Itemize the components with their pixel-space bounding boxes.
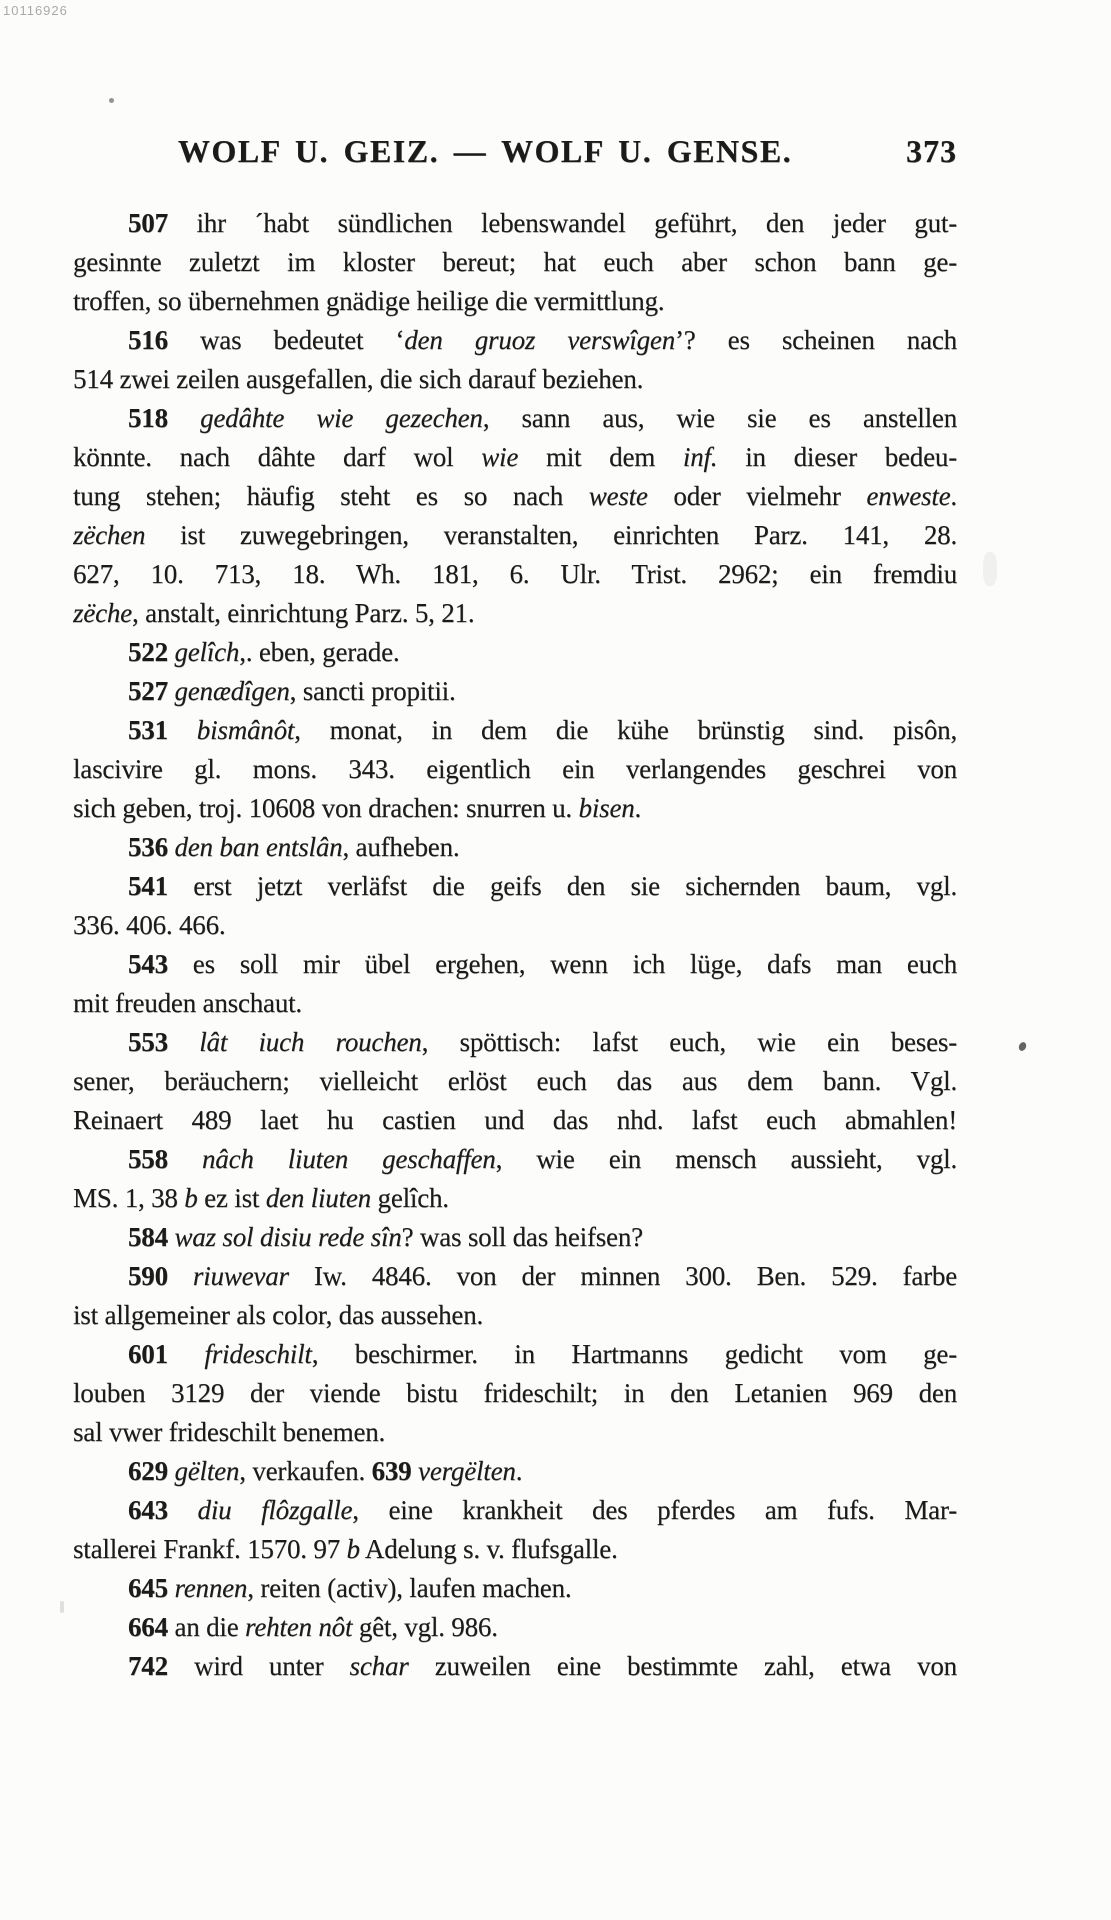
text-run: zuweilen eine bestimmte zahl, etwa von: [409, 1651, 957, 1681]
text-line: 531 bismânôt, monat, in dem die kühe brü…: [73, 711, 957, 750]
italic-term: genædîgen: [174, 676, 289, 706]
text-run: MS. 1, 38: [73, 1183, 184, 1213]
text-run: sal vwer frideschilt benemen.: [73, 1417, 385, 1447]
entry-paragraph: 664 an die rehten nôt gêt, vgl. 986.: [73, 1608, 957, 1647]
entry-number: 541: [128, 871, 193, 901]
italic-term: nâch liuten geschaffen: [202, 1144, 496, 1174]
text-line: zëche, anstalt, einrichtung Parz. 5, 21.: [73, 594, 957, 633]
entry-paragraph: 518 gedâhte wie gezechen, sann aus, wie …: [73, 399, 957, 633]
text-run: gelîch.: [371, 1183, 449, 1213]
text-line: 336. 406. 466.: [73, 906, 957, 945]
text-run: ez ist: [198, 1183, 266, 1213]
text-line: zëchen ist zuwegebringen, veranstalten, …: [73, 516, 957, 555]
italic-term: zëche: [73, 598, 132, 628]
text-run: ist allgemeiner als color, das aussehen.: [73, 1300, 483, 1330]
text-run: troffen, so übernehmen gnädige heilige d…: [73, 286, 664, 316]
text-run: , eine krankheit des pferdes am fufs. Ma…: [352, 1495, 957, 1525]
entry-paragraph: 543 es soll mir übel ergehen, wenn ich l…: [73, 945, 957, 1023]
text-run: oder vielmehr: [648, 481, 867, 511]
text-line: sener, beräuchern; vielleicht erlöst euc…: [73, 1062, 957, 1101]
ink-speck: [109, 98, 114, 103]
text-run: lascivire gl. mons. 343. eigentlich ein …: [73, 754, 957, 784]
text-line: 742 wird unter schar zuweilen eine besti…: [73, 1647, 957, 1686]
text-run: stallerei Frankf. 1570. 97: [73, 1534, 347, 1564]
text-line: 643 diu flôzgalle, eine krankheit des pf…: [73, 1491, 957, 1530]
italic-term: inf.: [683, 442, 717, 472]
text-run: an die: [174, 1612, 245, 1642]
text-run: 336. 406. 466.: [73, 910, 225, 940]
text-run: ihr ´habt sündlichen lebenswandel geführ…: [196, 208, 957, 238]
entry-paragraph: 629 gëlten, verkaufen. 639 vergëlten.: [73, 1452, 957, 1491]
text-run: gêt, vgl. 986.: [352, 1612, 498, 1642]
italic-term: b: [184, 1183, 197, 1213]
entry-number: 536: [128, 832, 174, 862]
page-header: WOLF U. GEIZ. — WOLF U. GENSE. 373: [73, 130, 957, 172]
text-run: Reinaert 489 laet hu castien und das nhd…: [73, 1105, 957, 1135]
text-run: 514 zwei zeilen ausgefallen, die sich da…: [73, 364, 643, 394]
text-line: louben 3129 der viende bistu frideschilt…: [73, 1374, 957, 1413]
italic-term: den ban entslân: [174, 832, 342, 862]
text-run: ,. eben, gerade.: [239, 637, 399, 667]
text-run: , sann aus, wie sie es anstellen: [483, 403, 957, 433]
text-line: 590 riuwevar Iw. 4846. von der minnen 30…: [73, 1257, 957, 1296]
entry-paragraph: 536 den ban entslân, aufheben.: [73, 828, 957, 867]
text-run: ? was soll das heifsen?: [402, 1222, 643, 1252]
scan-smudge: [983, 552, 997, 586]
text-run: mit freuden anschaut.: [73, 988, 302, 1018]
text-run: in dieser bedeu-: [717, 442, 957, 472]
text-line: 514 zwei zeilen ausgefallen, die sich da…: [73, 360, 957, 399]
italic-term: den liuten: [266, 1183, 371, 1213]
entry-number: 558: [128, 1144, 202, 1174]
text-run: , sancti propitii.: [290, 676, 456, 706]
text-run: mit dem: [518, 442, 683, 472]
italic-term: rehten nôt: [245, 1612, 352, 1642]
text-run: wird unter: [194, 1651, 349, 1681]
text-run: Iw. 4846. von der minnen 300. Ben. 529. …: [289, 1261, 957, 1291]
italic-term: zëchen: [73, 520, 145, 550]
text-line: troffen, so übernehmen gnädige heilige d…: [73, 282, 957, 321]
entry-paragraph: 643 diu flôzgalle, eine krankheit des pf…: [73, 1491, 957, 1569]
running-title: WOLF U. GEIZ. — WOLF U. GENSE.: [73, 130, 957, 172]
italic-term: bismânôt: [197, 715, 294, 745]
text-run: sener, beräuchern; vielleicht erlöst euc…: [73, 1066, 957, 1096]
text-run: könnte. nach dâhte darf wol: [73, 442, 481, 472]
entry-number: 664: [128, 1612, 174, 1642]
entry-paragraph: 742 wird unter schar zuweilen eine besti…: [73, 1647, 957, 1686]
entry-paragraph: 541 erst jetzt verläfst die geifs den si…: [73, 867, 957, 945]
italic-term: weste: [589, 481, 648, 511]
text-line: könnte. nach dâhte darf wol wie mit dem …: [73, 438, 957, 477]
text-run: .: [950, 481, 957, 511]
text-line: 584 waz sol disiu rede sîn? was soll das…: [73, 1218, 957, 1257]
scanned-page: 10116926 WOLF U. GEIZ. — WOLF U. GENSE. …: [0, 0, 1111, 1920]
ink-speck: [1017, 1041, 1027, 1052]
text-run: , verkaufen.: [239, 1456, 371, 1486]
text-line: 664 an die rehten nôt gêt, vgl. 986.: [73, 1608, 957, 1647]
scan-id-number: 10116926: [3, 3, 68, 18]
text-line: 553 lât iuch rouchen, spöttisch: lafst e…: [73, 1023, 957, 1062]
entry-number: 742: [128, 1651, 194, 1681]
text-line: 518 gedâhte wie gezechen, sann aus, wie …: [73, 399, 957, 438]
text-line: 601 frideschilt, beschirmer. in Hartmann…: [73, 1335, 957, 1374]
text-line: ist allgemeiner als color, das aussehen.: [73, 1296, 957, 1335]
text-run: tung stehen; häufig steht es so nach: [73, 481, 589, 511]
entry-paragraph: 516 was bedeutet ‘den gruoz verswîgen’? …: [73, 321, 957, 399]
entry-number: 643: [128, 1495, 198, 1525]
italic-term: frideschilt: [204, 1339, 311, 1369]
text-run: es soll mir übel ergehen, wenn ich lüge,…: [193, 949, 957, 979]
entry-number: 543: [128, 949, 193, 979]
italic-term: vergëlten: [418, 1456, 516, 1486]
entry-paragraph: 531 bismânôt, monat, in dem die kühe brü…: [73, 711, 957, 828]
text-block: 507 ihr ´habt sündlichen lebenswandel ge…: [73, 204, 957, 1686]
text-line: stallerei Frankf. 1570. 97 b Adelung s. …: [73, 1530, 957, 1569]
text-run: ist zuwegebringen, veranstalten, einrich…: [145, 520, 957, 550]
text-run: erst jetzt verläfst die geifs den sie si…: [193, 871, 957, 901]
text-line: 558 nâch liuten geschaffen, wie ein mens…: [73, 1140, 957, 1179]
text-line: 536 den ban entslân, aufheben.: [73, 828, 957, 867]
text-line: mit freuden anschaut.: [73, 984, 957, 1023]
text-line: sich geben, troj. 10608 von drachen: snu…: [73, 789, 957, 828]
italic-term: riuwevar: [193, 1261, 289, 1291]
text-run: , reiten (activ), laufen machen.: [247, 1573, 571, 1603]
italic-term: gëlten: [174, 1456, 239, 1486]
entry-number: 629: [128, 1456, 174, 1486]
text-line: sal vwer frideschilt benemen.: [73, 1413, 957, 1452]
entry-number: 601: [128, 1339, 204, 1369]
italic-term: schar: [350, 1651, 409, 1681]
text-line: 541 erst jetzt verläfst die geifs den si…: [73, 867, 957, 906]
italic-term: diu flôzgalle: [198, 1495, 353, 1525]
text-run: , beschirmer. in Hartmanns gedicht vom g…: [312, 1339, 957, 1369]
entry-number: 522: [128, 637, 174, 667]
entry-paragraph: 590 riuwevar Iw. 4846. von der minnen 30…: [73, 1257, 957, 1335]
italic-term: bisen: [579, 793, 635, 823]
italic-term: b: [347, 1534, 360, 1564]
italic-term: wie: [481, 442, 518, 472]
text-line: 645 rennen, reiten (activ), laufen mache…: [73, 1569, 957, 1608]
text-line: 516 was bedeutet ‘den gruoz verswîgen’? …: [73, 321, 957, 360]
entry-number: 518: [128, 403, 200, 433]
text-line: Reinaert 489 laet hu castien und das nhd…: [73, 1101, 957, 1140]
page-number: 373: [906, 130, 957, 172]
text-run: , anstalt, einrichtung Parz. 5, 21.: [132, 598, 474, 628]
entry-paragraph: 527 genædîgen, sancti propitii.: [73, 672, 957, 711]
italic-term: lât iuch rouchen: [199, 1027, 421, 1057]
italic-term: den gruoz verswîgen: [404, 325, 675, 355]
text-run: , monat, in dem die kühe brünstig sind. …: [294, 715, 957, 745]
text-line: lascivire gl. mons. 343. eigentlich ein …: [73, 750, 957, 789]
entry-paragraph: 601 frideschilt, beschirmer. in Hartmann…: [73, 1335, 957, 1452]
entry-number: 553: [128, 1027, 199, 1057]
entry-number: 639: [372, 1456, 418, 1486]
text-line: 627, 10. 713, 18. Wh. 181, 6. Ulr. Trist…: [73, 555, 957, 594]
italic-term: enweste: [866, 481, 950, 511]
text-run: .: [635, 793, 642, 823]
entry-paragraph: 645 rennen, reiten (activ), laufen mache…: [73, 1569, 957, 1608]
entry-number: 584: [128, 1222, 174, 1252]
text-run: sich geben, troj. 10608 von drachen: snu…: [73, 793, 579, 823]
text-run: Adelung s. v. flufsgalle.: [360, 1534, 618, 1564]
text-run: , spöttisch: lafst euch, wie ein beses-: [422, 1027, 957, 1057]
entry-paragraph: 553 lât iuch rouchen, spöttisch: lafst e…: [73, 1023, 957, 1140]
text-line: 527 genædîgen, sancti propitii.: [73, 672, 957, 711]
entry-number: 507: [128, 208, 196, 238]
entry-number: 516: [128, 325, 200, 355]
text-line: 522 gelîch,. eben, gerade.: [73, 633, 957, 672]
text-line: tung stehen; häufig steht es so nach wes…: [73, 477, 957, 516]
text-run: .: [516, 1456, 523, 1486]
text-run: , aufheben.: [342, 832, 459, 862]
entry-number: 527: [128, 676, 174, 706]
entry-number: 645: [128, 1573, 174, 1603]
text-line: gesinnte zuletzt im kloster bereut; hat …: [73, 243, 957, 282]
text-line: 543 es soll mir übel ergehen, wenn ich l…: [73, 945, 957, 984]
text-run: ’? es scheinen nach: [675, 325, 957, 355]
text-run: louben 3129 der viende bistu frideschilt…: [73, 1378, 957, 1408]
entry-paragraph: 558 nâch liuten geschaffen, wie ein mens…: [73, 1140, 957, 1218]
entry-number: 590: [128, 1261, 193, 1291]
italic-term: waz sol disiu rede sîn: [174, 1222, 401, 1252]
text-run: was bedeutet ‘: [200, 325, 404, 355]
text-line: 507 ihr ´habt sündlichen lebenswandel ge…: [73, 204, 957, 243]
entry-paragraph: 584 waz sol disiu rede sîn? was soll das…: [73, 1218, 957, 1257]
text-run: 627, 10. 713, 18. Wh. 181, 6. Ulr. Trist…: [73, 559, 957, 589]
italic-term: rennen: [174, 1573, 247, 1603]
text-run: , wie ein mensch aussieht, vgl.: [496, 1144, 957, 1174]
text-line: 629 gëlten, verkaufen. 639 vergëlten.: [73, 1452, 957, 1491]
entry-paragraph: 507 ihr ´habt sündlichen lebenswandel ge…: [73, 204, 957, 321]
text-run: gesinnte zuletzt im kloster bereut; hat …: [73, 247, 957, 277]
entry-paragraph: 522 gelîch,. eben, gerade.: [73, 633, 957, 672]
text-line: MS. 1, 38 b ez ist den liuten gelîch.: [73, 1179, 957, 1218]
scan-smudge: [60, 1601, 64, 1613]
italic-term: gelîch: [174, 637, 239, 667]
italic-term: gedâhte wie gezechen: [200, 403, 483, 433]
entry-number: 531: [128, 715, 197, 745]
